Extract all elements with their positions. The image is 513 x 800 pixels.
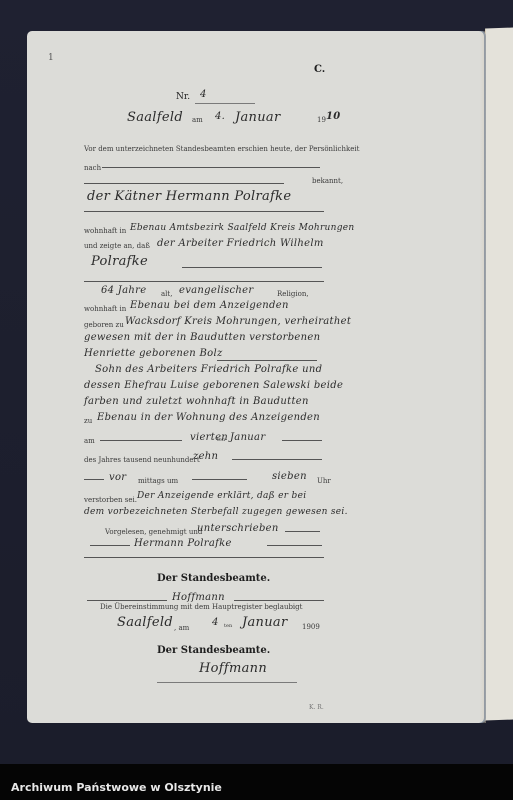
vorgelesen-label: Vorgelesen, genehmigt und [105,528,202,536]
rule [87,600,167,601]
geboren-label: geboren zu [84,321,124,329]
uhr-label: Uhr [317,477,331,485]
month: Januar [235,110,280,125]
archive-name: Archiwum Państwowe w Olsztynie [11,781,222,794]
standesbeamte-title: Der Standesbeamte. [157,573,270,584]
certification-line: Die Übereinstimmung mit dem Hauptregiste… [100,603,302,611]
year-prefix: 19 [317,116,326,124]
rule [84,281,324,282]
death-month: Januar [230,432,265,443]
birthplace-line: Sohn des Arbeiters Friedrich Polrafke un… [95,364,322,375]
birthplace-line: Wacksdorf Kreis Mohrungen, verheirathet [125,316,351,327]
standesbeamte-title-2: Der Standesbeamte. [157,645,270,656]
ten-label: ten [217,437,225,443]
intro-line: Vor dem unterzeichneten Standesbeamten e… [84,145,359,153]
footer-bar: Archiwum Państwowe w Olsztynie [0,777,513,800]
page-number-mark: 1 [48,53,54,63]
verstorben-label: verstorben sei. [84,496,137,504]
alt-label: alt, [161,290,172,298]
religion-label: Religion, [277,290,309,298]
place: Saalfeld [127,110,183,125]
birthplace-line: gewesen mit der in Baudutten verstorbene… [84,332,320,343]
document-page: 1 C. Nr. 4 Saalfeld am 4. Januar 19 10 V… [27,31,486,723]
rule [232,459,322,460]
cert-signature: Hoffmann [199,661,267,676]
facing-page-edge [485,27,513,720]
death-hour: sieben [272,471,307,482]
rule [84,183,284,184]
rule [84,211,324,212]
zu-label: zu [84,417,92,425]
deceased-residence: Ebenau bei dem Anzeigenden [130,300,289,311]
age: 64 Jahre [101,285,146,296]
registrar-signature: Hoffmann [172,592,225,603]
am-label: am [192,116,203,124]
cert-ten: ten [224,623,232,629]
birthplace-line: farben und zuletzt wohnhaft in Baudutten [84,396,309,407]
viewer-bottom-band [0,764,513,777]
cert-month: Januar [242,615,287,630]
nr-underline [195,103,255,104]
birthplace-line: Henriette geborenen Bolz [84,348,223,359]
deceased-name-2: Polrafke [91,254,148,269]
cert-day: 4 [212,617,219,628]
rule [282,440,322,441]
am-label-2: am [84,437,95,445]
rule [217,360,317,361]
rule [234,600,324,601]
death-year-word: zehn [193,451,218,462]
note-line: Der Anzeigende erklärt, daß er bei [137,491,306,501]
rule [102,167,320,168]
rule [267,545,322,546]
informant-signature: Hermann Polrafke [134,538,232,549]
mittags-label: mittags um [138,477,178,485]
wohnhaft-label: wohnhaft in [84,227,126,235]
time-prefix: vor [109,472,126,483]
printer-mark: K. R. [309,704,324,711]
rule [285,531,320,532]
unterschrieben: unterschrieben [197,523,279,534]
informant-residence: Ebenau Amtsbezirk Saalfeld Kreis Mohrung… [130,223,355,233]
year-label: des Jahres tausend neunhundert [84,456,200,464]
religion: evangelischer [179,285,253,296]
cert-am: , am [174,624,189,632]
bekannt-label: bekannt, [312,177,343,185]
note-line: dem vorbezeichneten Sterbefall zugegen g… [84,507,348,517]
year-suffix: 10 [326,111,341,122]
cert-year: 1909 [302,623,320,631]
birthplace-line: dessen Ehefrau Luise geborenen Salewski … [84,380,343,391]
informant-name: der Kätner Hermann Polrafke [87,189,291,204]
rule [84,479,104,480]
death-place: Ebenau in der Wohnung des Anzeigenden [97,412,320,423]
form-letter: C. [314,64,325,75]
deceased-name-1: der Arbeiter Friedrich Wilhelm [157,238,324,249]
zeigte-label: und zeigte an, daß [84,242,150,250]
cert-place: Saalfeld [117,615,173,630]
rule [100,440,182,441]
nach-label: nach [84,164,101,172]
rule [84,557,324,558]
rule [182,267,322,268]
wohnhaft-label-2: wohnhaft in [84,305,126,313]
nr-label: Nr. [176,92,190,102]
day: 4. [215,111,225,122]
rule [157,682,297,683]
rule [192,479,247,480]
rule [90,545,130,546]
nr-value: 4 [200,89,207,100]
